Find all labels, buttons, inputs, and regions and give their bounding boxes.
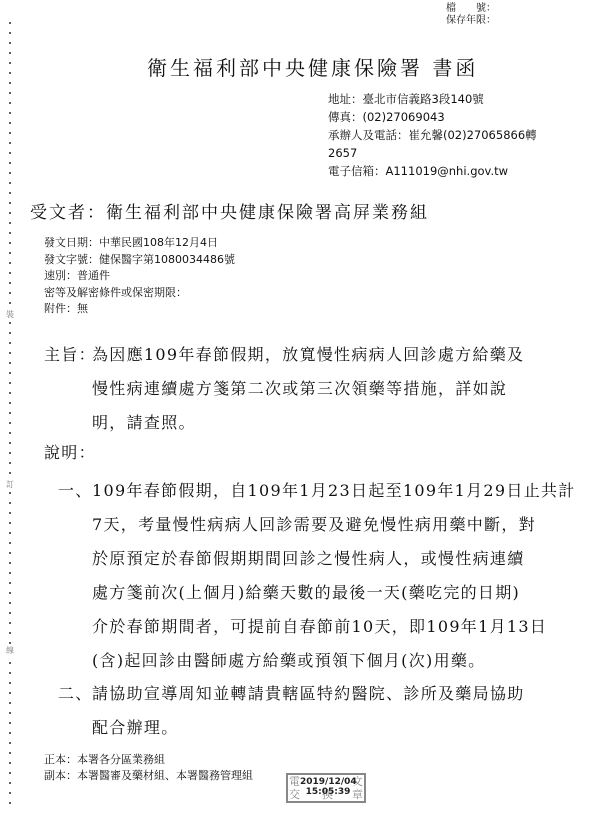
subject-line: 慢性病連續處方箋第二次或第三次領藥等措施，詳如說 — [92, 372, 597, 406]
secrecy-level: 密等及解密條件或保密期限： — [44, 285, 235, 302]
issue-date: 發文日期：中華民國108年12月4日 — [44, 235, 235, 252]
stamp-char: 交 — [289, 789, 300, 801]
contact-address: 地址：臺北市信義路3段140號 — [328, 90, 537, 108]
explanation-item-2: 二、 請協助宣導周知並轉請貴轄區特約醫院、診所及藥局協助 配合辦理。 — [58, 677, 525, 745]
item-line: 請協助宣導周知並轉請貴轄區特約醫院、診所及藥局協助 — [92, 677, 525, 711]
contact-fax: 傳真：(02)27069043 — [328, 108, 537, 126]
retention-period-label: 保存年限： — [446, 15, 496, 27]
item-line: 配合辦理。 — [92, 711, 525, 745]
binding-char-xian: 線 — [3, 646, 17, 656]
item-number: 二、 — [58, 677, 93, 711]
explanation-item-1: 一、 109年春節假期，自109年1月23日起至109年1月29日止共計 7天，… — [58, 474, 576, 678]
item-line: 處方箋前次(上個月)給藥天數的最後一天(藥吃完的日期) — [92, 576, 576, 610]
stamp-char: 電 — [289, 776, 300, 788]
contact-email: 電子信箱：A111019@nhi.gov.tw — [328, 162, 537, 180]
subject-line: 為因應109年春節假期，放寬慢性病病人回診處方給藥及 — [92, 338, 597, 372]
distribution-list: 正本：本署各分區業務組 副本：本署醫審及藥材組、本署醫務管理組 — [44, 752, 253, 784]
electronic-exchange-stamp: 電 文 交 章 換 2019/12/04 15:05:39 — [286, 773, 366, 803]
attachments: 附件：無 — [44, 301, 235, 318]
contact-handler: 承辦人及電話：崔允馨(02)27065866轉 — [328, 126, 537, 144]
copy-recipients: 副本：本署醫審及藥材組、本署醫務管理組 — [44, 768, 253, 784]
subject-label: 主旨： — [44, 338, 96, 372]
file-meta: 檔 號： 保存年限： — [446, 3, 496, 27]
item-line: (含)起回診由醫師處方給藥或預領下個月(次)用藥。 — [92, 644, 576, 678]
item-line: 介於春節期間者，可提前自春節前10天，即109年1月13日 — [92, 610, 576, 644]
item-line: 於原預定於春節假期期間回診之慢性病人，或慢性病連續 — [92, 542, 576, 576]
document-title: 衛生福利部中央健康保險署 書函 — [147, 52, 478, 81]
item-line: 7天，考量慢性病病人回診需要及避免慢性病用藥中斷，對 — [92, 508, 576, 542]
subject-section: 主旨： 為因應109年春節假期，放寬慢性病病人回診處方給藥及 慢性病連續處方箋第… — [44, 338, 597, 440]
recipient: 受文者：衛生福利部中央健康保險署高屏業務組 — [30, 198, 429, 223]
original-recipients: 正本：本署各分區業務組 — [44, 752, 253, 768]
delivery-speed: 速別：普通件 — [44, 268, 235, 285]
subject-line: 明，請查照。 — [92, 406, 597, 440]
binding-dotted-line — [8, 18, 12, 807]
stamp-time: 15:05:39 — [300, 787, 356, 797]
explanation-label: 說明： — [44, 440, 96, 463]
binding-char-zhuang: 裝 — [3, 310, 17, 320]
document-number: 發文字號：健保醫字第1080034486號 — [44, 252, 235, 269]
file-number-label: 檔 號： — [446, 3, 496, 15]
binding-char-ding: 訂 — [3, 480, 17, 490]
stamp-datetime: 2019/12/04 15:05:39 — [300, 777, 356, 797]
item-line: 109年春節假期，自109年1月23日起至109年1月29日止共計 — [92, 474, 576, 508]
document-meta: 發文日期：中華民國108年12月4日 發文字號：健保醫字第1080034486號… — [44, 235, 235, 318]
contact-handler-extension: 2657 — [328, 144, 537, 162]
contact-block: 地址：臺北市信義路3段140號 傳真：(02)27069043 承辦人及電話：崔… — [328, 90, 537, 180]
stamp-date: 2019/12/04 — [300, 777, 356, 787]
item-number: 一、 — [58, 474, 93, 508]
